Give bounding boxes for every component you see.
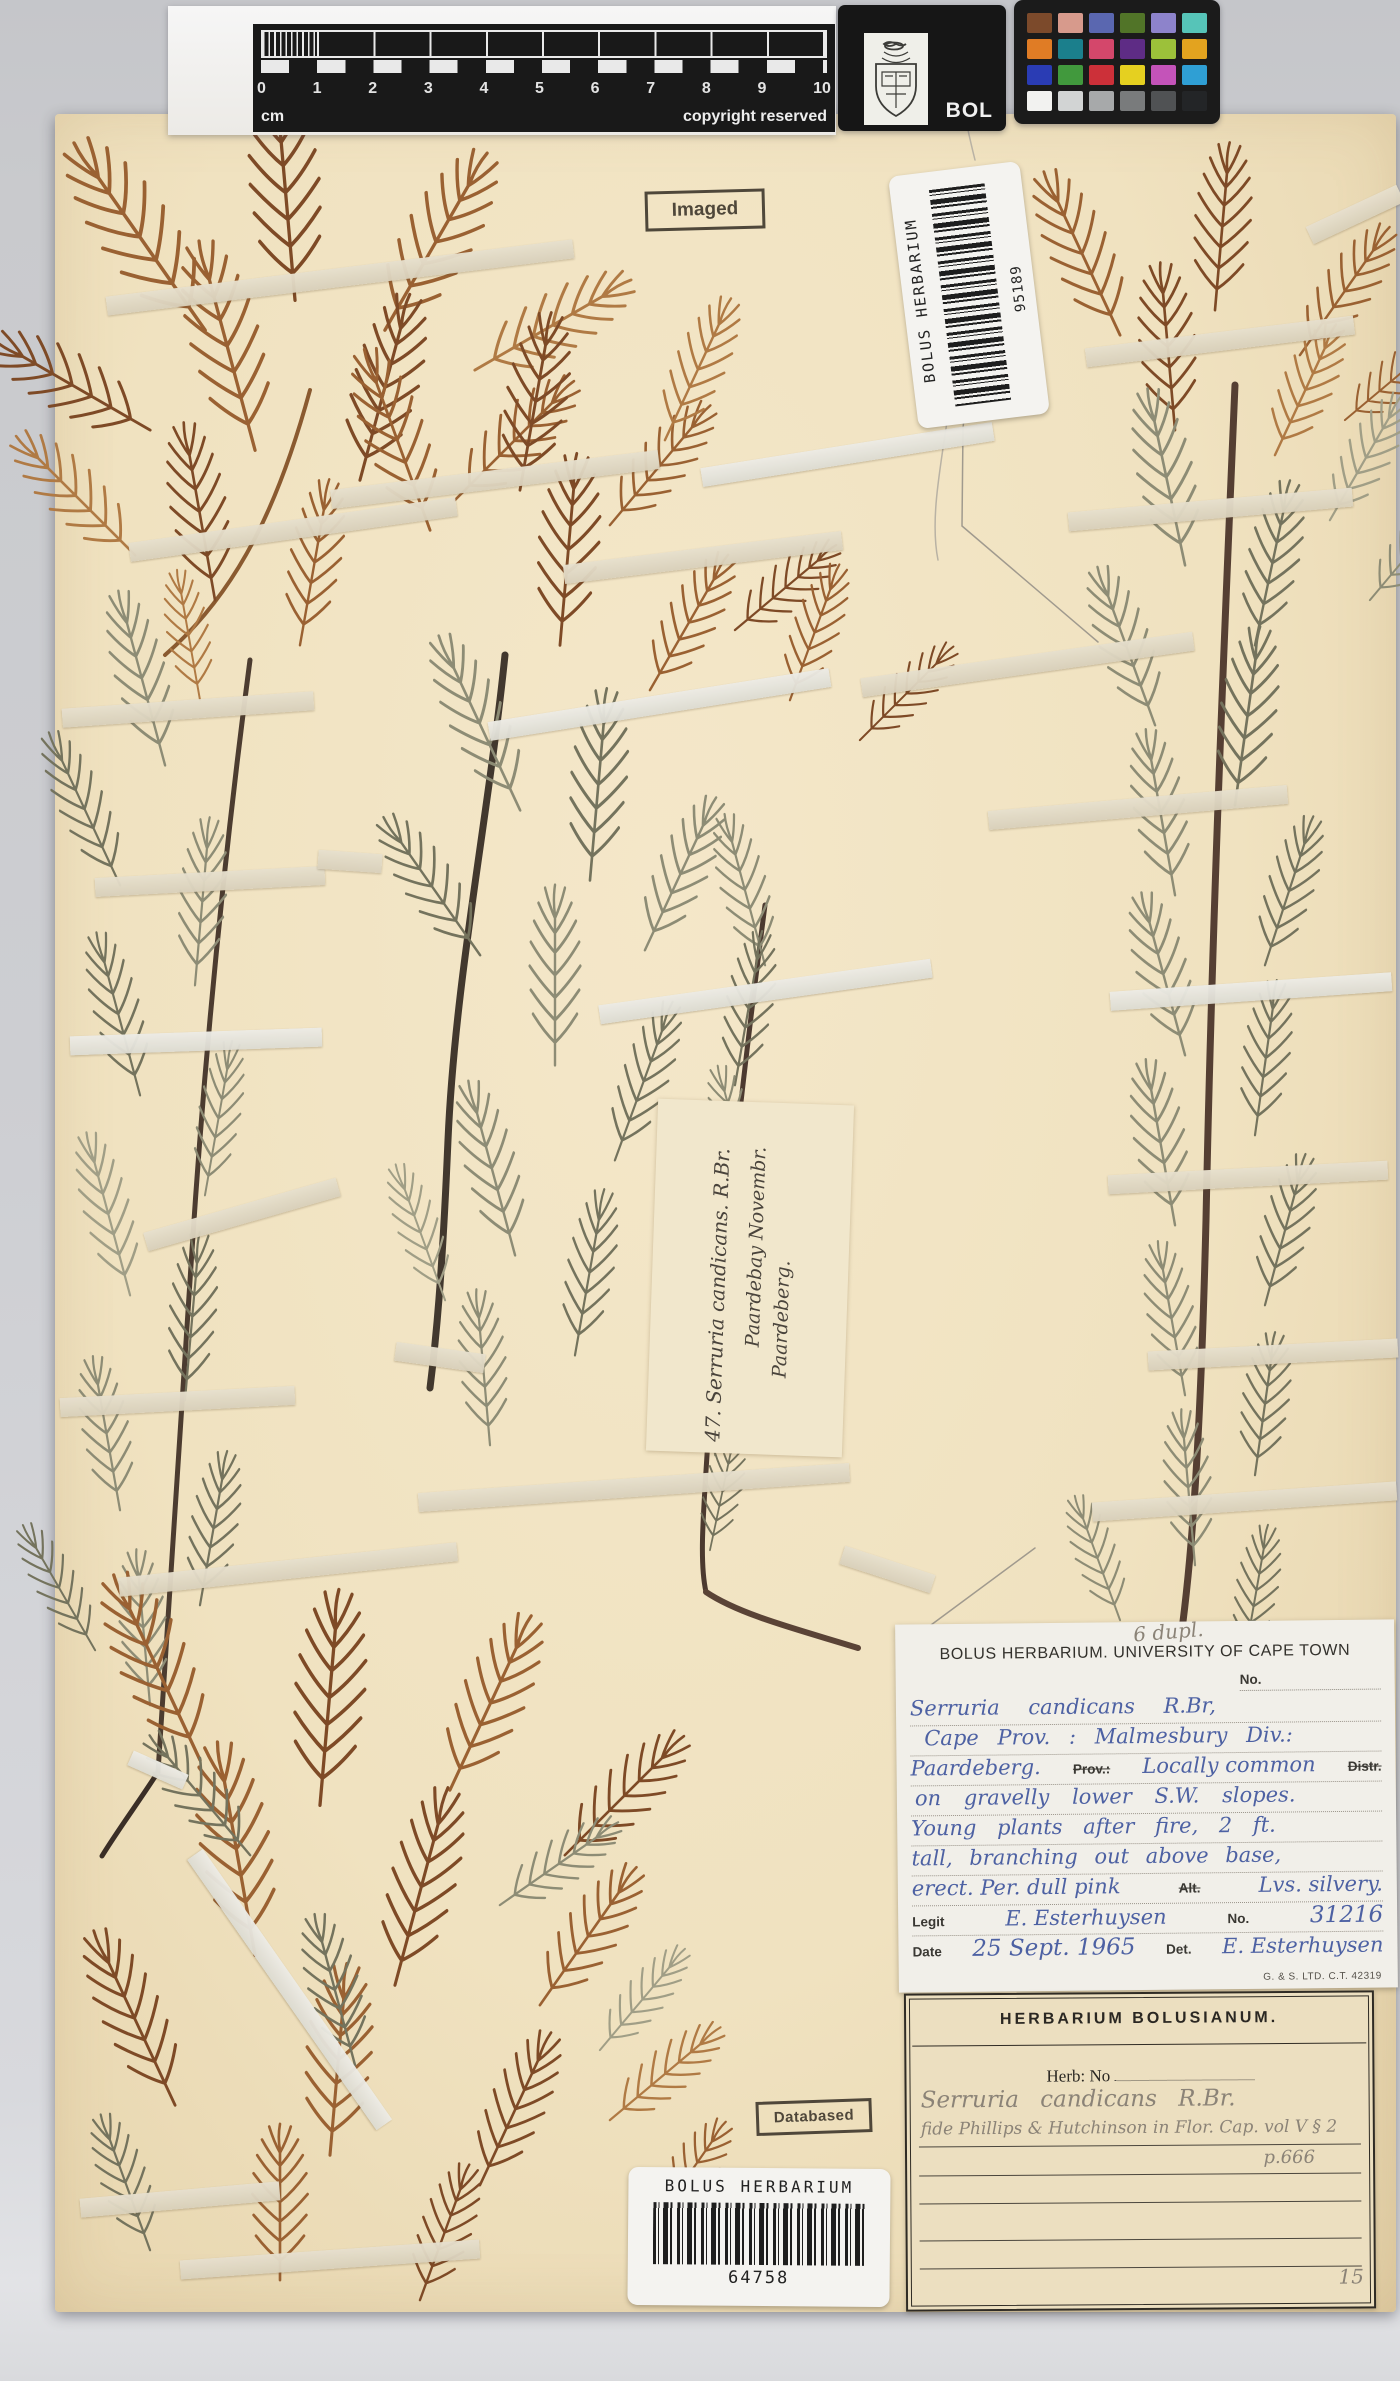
distr-printed-label: Distr. bbox=[1348, 1759, 1382, 1774]
collection-date: 25 Sept. 1965 bbox=[972, 1934, 1135, 1962]
abundance-text: Locally common bbox=[1142, 1752, 1315, 1778]
field-label-date: Paardebay Novembr. bbox=[742, 1113, 772, 1348]
color-patch bbox=[1182, 91, 1207, 111]
bolusianum-species: Serruria candicans R.Br. bbox=[921, 2085, 1236, 2113]
color-patch bbox=[1089, 65, 1114, 85]
color-patch bbox=[1058, 13, 1083, 33]
color-patch bbox=[1182, 13, 1207, 33]
ruler-number: 2 bbox=[368, 80, 377, 98]
ruler-number: 7 bbox=[646, 80, 655, 98]
color-patch bbox=[1151, 65, 1176, 85]
color-patch bbox=[1120, 39, 1145, 59]
scale-bar: 012345678910 cm copyright reserved bbox=[253, 24, 835, 132]
date-label: Date bbox=[912, 1944, 941, 1959]
ruler-number: 6 bbox=[591, 80, 600, 98]
note-line-2: Young plants after fire, 2 ft. bbox=[911, 1813, 1276, 1841]
herb-no-dotted-line bbox=[1114, 2066, 1254, 2081]
barcode-top-number: 95189 bbox=[1008, 265, 1030, 314]
herbarium-code-label: BOL bbox=[946, 99, 993, 123]
ruler-number: 5 bbox=[535, 80, 544, 98]
prov-printed-label: Prov.: bbox=[1073, 1761, 1110, 1776]
color-patch bbox=[1182, 65, 1207, 85]
ruler-number: 1 bbox=[313, 80, 322, 98]
color-patch bbox=[1151, 13, 1176, 33]
note-line-4: erect. Per. dull pink bbox=[912, 1874, 1121, 1900]
bolusianum-header: HERBARIUM BOLUSIANUM. bbox=[906, 2008, 1372, 2029]
bolusianum-page-ref: p.666 bbox=[1263, 2147, 1315, 2168]
habitat-line: on gravelly lower S.W. slopes. bbox=[915, 1782, 1296, 1810]
ruler-number: 3 bbox=[424, 80, 433, 98]
ruler-number: 8 bbox=[702, 80, 711, 98]
field-label-species: 47. Serruria candicans. R.Br. bbox=[700, 1112, 736, 1443]
alt-printed-label: Alt. bbox=[1179, 1880, 1201, 1895]
collection-no-label: No. bbox=[1227, 1911, 1249, 1926]
barcode-bottom-number: 64758 bbox=[628, 2267, 890, 2289]
color-patch bbox=[1027, 39, 1052, 59]
imaged-stamp: Imaged bbox=[644, 188, 765, 231]
color-patch bbox=[1027, 13, 1052, 33]
color-patch bbox=[1089, 91, 1114, 111]
locality-text: Paardeberg. bbox=[910, 1755, 1040, 1780]
duplicate-note: 6 dupl. bbox=[1132, 1617, 1204, 1647]
uct-crest-icon bbox=[864, 33, 928, 125]
species-line: Serruria candicans R.Br, bbox=[910, 1693, 1216, 1720]
collector-name: E. Esterhuysen bbox=[1005, 1905, 1167, 1931]
color-patch bbox=[1058, 91, 1083, 111]
determiner-name: E. Esterhuysen bbox=[1222, 1933, 1384, 1959]
color-patch bbox=[1151, 39, 1176, 59]
scale-bar-half-row bbox=[261, 60, 827, 73]
copyright-label: copyright reserved bbox=[683, 108, 827, 126]
color-patch bbox=[1027, 65, 1052, 85]
legit-label: Legit bbox=[912, 1914, 944, 1929]
region-line: Cape Prov. : Malmesbury Div.: bbox=[924, 1722, 1293, 1750]
printer-imprint: G. & S. LTD. C.T. 42319 bbox=[1263, 1971, 1382, 1983]
herb-no-label: Herb: No bbox=[1046, 2066, 1110, 2085]
field-label-locality: Paardeberg. bbox=[769, 1114, 800, 1379]
field-label: 47. Serruria candicans. R.Br. Paardebay … bbox=[646, 1099, 854, 1458]
herbarium-scan: 012345678910 cm copyright reserved BOL I… bbox=[0, 0, 1400, 2381]
main-label: 6 dupl. BOLUS HERBARIUM. UNIVERSITY OF C… bbox=[895, 1619, 1398, 1992]
note-line-3: tall, branching out above base, bbox=[911, 1843, 1281, 1871]
color-patch bbox=[1058, 39, 1083, 59]
ruler-number: 10 bbox=[813, 80, 831, 98]
leaves-note: Lvs. silvery. bbox=[1258, 1872, 1382, 1897]
no-label: No. bbox=[1240, 1672, 1262, 1687]
ruler-number: 4 bbox=[479, 80, 488, 98]
sheet-number: 15 bbox=[1338, 2264, 1364, 2288]
scale-bar-cm-row bbox=[261, 30, 827, 58]
bolusianum-label: HERBARIUM BOLUSIANUM. Herb: No Serruria … bbox=[904, 1990, 1376, 2311]
scale-bar-mm-hatch bbox=[263, 32, 319, 56]
color-patch bbox=[1120, 13, 1145, 33]
ruler-numbers: 012345678910 bbox=[257, 80, 831, 98]
color-patch bbox=[1120, 65, 1145, 85]
ruler-number: 9 bbox=[757, 80, 766, 98]
barcode-label-bottom: BOLUS HERBARIUM 64758 bbox=[627, 2167, 890, 2307]
barcode-bottom-institution: BOLUS HERBARIUM bbox=[628, 2176, 890, 2197]
barcode-top-bars-icon bbox=[929, 183, 1011, 406]
color-patch bbox=[1151, 91, 1176, 111]
ruler-number: 0 bbox=[257, 80, 266, 98]
color-patch bbox=[1182, 39, 1207, 59]
color-patch bbox=[1058, 65, 1083, 85]
color-chart-grid bbox=[1014, 0, 1220, 124]
databased-stamp: Databased bbox=[755, 2098, 872, 2136]
bolusianum-reference: fide Phillips & Hutchinson in Flor. Cap.… bbox=[921, 2117, 1338, 2140]
color-patch bbox=[1027, 91, 1052, 111]
color-patch bbox=[1089, 39, 1114, 59]
det-label: Det. bbox=[1166, 1942, 1192, 1957]
color-patch bbox=[1089, 13, 1114, 33]
barcode-bottom-bars-icon bbox=[653, 2202, 866, 2266]
color-patch bbox=[1120, 91, 1145, 111]
collection-number: 31216 bbox=[1310, 1902, 1383, 1929]
crest-plaque: BOL bbox=[838, 5, 1006, 131]
ruler-unit-label: cm bbox=[261, 108, 284, 126]
